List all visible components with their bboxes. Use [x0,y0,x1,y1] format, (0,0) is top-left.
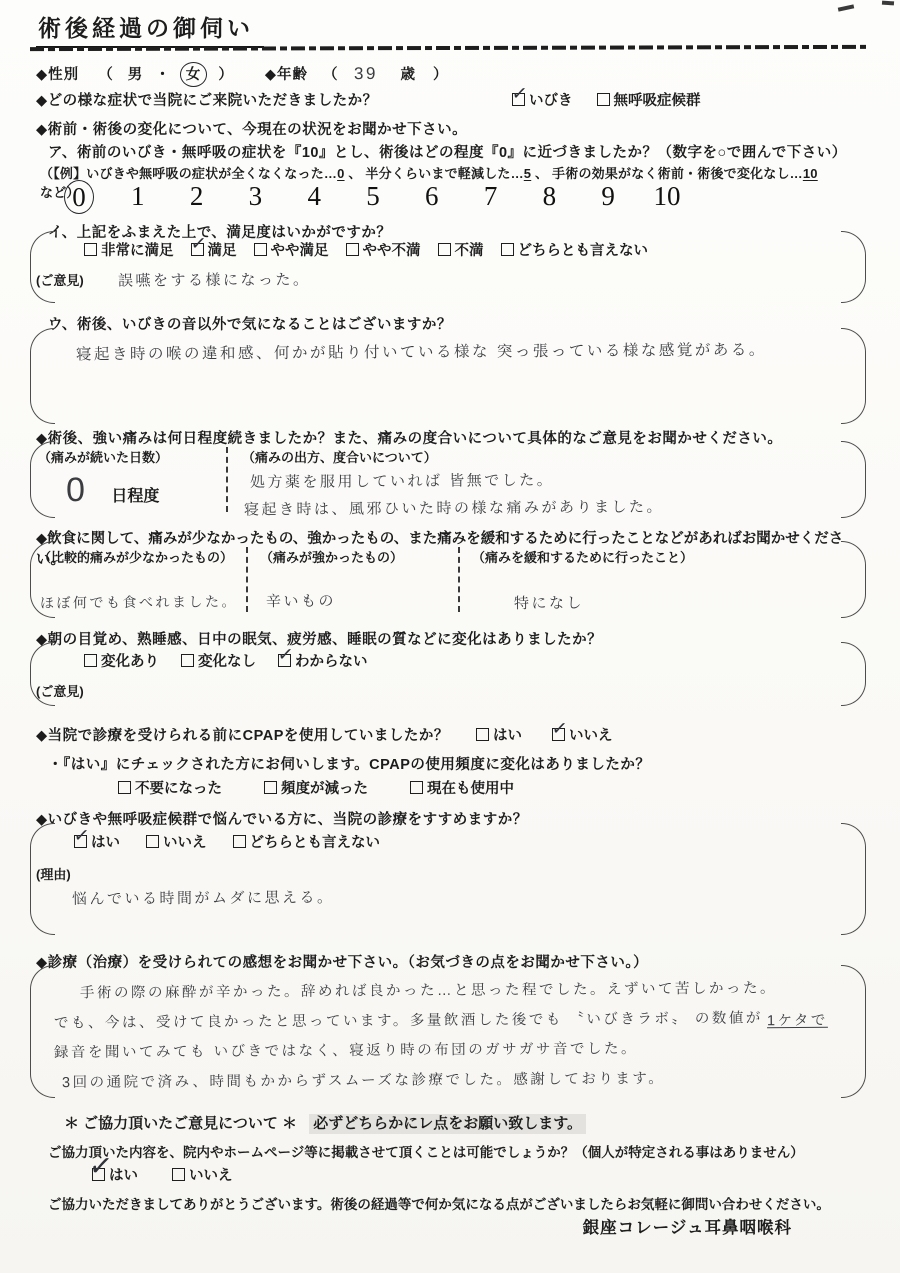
pain-detail-label: （痛みの出方、度合いについて） [242,447,834,466]
checkbox-icon[interactable]: ✓ [597,93,610,106]
checkbox-cpap-yes[interactable]: ✓はい [476,724,522,745]
checkbox-label: 頻度が減った [281,777,368,798]
checkbox-consent-no[interactable]: ✓いいえ [172,1164,233,1185]
checkbox-icon[interactable]: ✓ [512,93,525,106]
cpap-question: ◆当院で診療を受けられる前にCPAPを使用していましたか？ [36,728,449,744]
gender-separator: ・ [155,67,171,83]
checkbox-icon[interactable]: ✓ [118,781,131,794]
scale-number-2[interactable]: 2 [182,180,212,214]
checkbox-icon[interactable]: ✓ [92,1168,105,1181]
example-text: 、 手術の効果がなく術前・術後で変化なし… [531,166,803,181]
checkbox-satisfaction-4[interactable]: ✓不満 [438,239,484,260]
paren: ） [433,67,449,83]
checkbox-icon[interactable]: ✓ [410,781,423,794]
change-heading: ◆術前・術後の変化について、今現在の状況をお聞かせ下さい。 [36,118,860,139]
checkbox-cpap-no[interactable]: ✓いいえ [552,724,613,745]
eating-col2-answer-handwriting: 辛いもの [266,590,336,611]
checkbox-label: やや満足 [271,239,329,260]
checkbox-satisfaction-2[interactable]: ✓やや満足 [254,239,329,260]
checkbox-label: どちらとも言えない [250,831,381,852]
paren: （ [98,67,114,83]
checkbox-icon[interactable]: ✓ [181,654,194,667]
comment-label: (ご意見) [36,684,84,699]
check-mark-icon: ✓ [510,83,528,105]
recommend-answer-box: ✓はい ✓いいえ ✓どちらとも言えない (理由) 悩んでいる時間がムダに思える。 [30,823,866,935]
pain-days-unit: 日程度 [111,488,159,505]
gender-option-female[interactable]: 女 [180,62,208,87]
comment-label: (ご意見) [36,273,84,288]
checkbox-cpap-freq-1[interactable]: ✓頻度が減った [264,777,368,798]
checkbox-apnea[interactable]: ✓ 無呼吸症候群 [597,89,701,110]
checkbox-label: 無呼吸症候群 [614,89,701,110]
example-value-10: 10 [803,166,818,181]
checkbox-label: 不要になった [135,777,222,798]
eating-col1-label: （比較的痛みが少なかったもの） [38,547,246,566]
check-mark-icon: ✓ [72,825,90,847]
checkbox-satisfaction-0[interactable]: ✓非常に満足 [84,239,174,260]
checkbox-icon[interactable]: ✓ [84,654,97,667]
scanned-questionnaire: 術後経過の御伺い ◆性別 （ 男 ・ 女 ） ◆年齢 （ 39 歳 ） ◆どの様… [0,0,900,1273]
checkbox-label: 現在も使用中 [427,777,514,798]
symptom-question: ◆どの様な症状で当院にご来院いただきましたか？ [36,93,378,109]
checkbox-satisfaction-5[interactable]: ✓どちらとも言えない [501,239,649,260]
pain-detail-line1-handwriting: 処方薬を服用していれば 皆無でした。 [250,469,554,492]
eating-col3-label: （痛みを緩和するために行ったこと） [472,547,834,566]
checkbox-cpap-freq-0[interactable]: ✓不要になった [118,777,222,798]
check-mark-icon: ✓ [276,644,294,666]
consent-heading-highlight: 必ずどちらかにレ点をお願い致します。 [309,1114,586,1134]
checkbox-satisfaction-1[interactable]: ✓満足 [191,239,237,260]
checkbox-satisfaction-3[interactable]: ✓やや不満 [346,239,421,260]
impressions-line3-handwriting: 録音を聞いてみても いびきではなく、寝返り時の布団のガサガサ音でした。 [54,1037,638,1062]
scale-number-5[interactable]: 5 [358,180,388,214]
thanks-note: ご協力いただきましてありがとうございます。術後の経過等で何か気になる点がございま… [48,1193,860,1213]
checkbox-icon[interactable]: ✓ [191,243,204,256]
checkbox-recommend-yes[interactable]: ✓はい [74,831,120,852]
age-unit: 歳 [401,67,417,83]
checkbox-icon[interactable]: ✓ [84,243,97,256]
checkbox-icon[interactable]: ✓ [254,243,267,256]
reason-label: (理由) [36,864,834,883]
dashed-divider [30,45,866,51]
check-mark-icon: ✓ [87,1150,114,1183]
age-value: 39 [353,64,377,84]
sleep-answer-box: ✓変化あり ✓変化なし ✓わからない (ご意見) [30,642,866,706]
checkbox-sleep-1[interactable]: ✓変化なし [181,650,256,671]
eating-col-least-pain: （比較的痛みが少なかったもの） ほぼ何でも食べれました。 [38,547,246,612]
checkbox-label: 非常に満足 [101,239,174,260]
pain-detail-line2-handwriting: 寝起き時は、風邪ひいた時の様な痛みがありました。 [244,496,664,520]
checkbox-label: 変化なし [198,650,256,671]
checkbox-sleep-0[interactable]: ✓変化あり [84,650,159,671]
scale-number-8[interactable]: 8 [534,180,564,214]
checkbox-snoring[interactable]: ✓ いびき [512,89,573,110]
impressions-line4-handwriting: 3回の通院で済み、時間もかからずスムーズな診療でした。感謝しております。 [62,1067,665,1092]
example-text: 、 半分くらいまで軽減した… [345,166,524,181]
consent-heading: ＊ ご協力頂いたご意見について ＊ [64,1115,297,1132]
pain-days-label: （痛みが続いた日数） [38,447,226,466]
eating-col2-label: （痛みが強かったもの） [260,547,458,566]
pain-detail-column: （痛みの出方、度合いについて） 処方薬を服用していれば 皆無でした。 寝起き時は… [226,447,834,512]
gender-option-male[interactable]: 男 [125,63,147,84]
check-mark-icon: ✓ [189,233,207,255]
checkbox-label: 満足 [208,239,237,260]
checkbox-label: 不満 [455,239,484,260]
checkbox-label: いいえ [569,724,613,745]
example-value-0: 0 [337,166,344,181]
eating-col1-answer-handwriting: ほぼ何でも食べれました。 [40,591,238,612]
gender-label: ◆性別 [36,67,79,83]
pain-days-value-handwriting: 0 [66,471,85,510]
age-label: ◆年齢 [265,67,308,83]
scale-number-6[interactable]: 6 [417,180,447,214]
scale-number-7[interactable]: 7 [476,180,506,214]
change-sub-question: ア、術前のいびき・無呼吸の症状を『10』とし、術後はどの程度『0』に近づきました… [48,141,860,162]
checkbox-label: わからない [295,650,368,671]
scale-number-9[interactable]: 9 [593,180,623,214]
scale-number-0[interactable]: 0 [64,180,94,214]
scan-artifact [882,1,894,6]
consent-question: ご協力頂いた内容を、院内やホームページ等に掲載させて頂くことは可能でしょうか？（… [48,1141,860,1161]
form-title: 術後経過の御伺い [36,10,264,48]
impressions-line2-underlined-handwriting: 1ケタで [767,1009,828,1030]
checkbox-label: どちらとも言えない [518,239,649,260]
clinic-name: 銀座コレージュ耳鼻咽喉科 [36,1214,860,1238]
checkbox-icon[interactable]: ✓ [233,835,246,848]
pain-days-column: （痛みが続いた日数） 0 日程度 [38,447,226,512]
check-mark-icon: ✓ [550,718,568,740]
checkbox-icon[interactable]: ✓ [501,243,514,256]
checkbox-label: いびき [529,89,573,110]
checkbox-sleep-2[interactable]: ✓わからない [278,650,368,671]
eating-col3-answer-handwriting: 特になし [514,592,584,613]
recommend-reason-handwriting: 悩んでいる時間がムダに思える。 [72,886,335,909]
checkbox-label: やや不満 [363,239,421,260]
other-answer-handwriting: 寝起き時の喉の違和感、何かが貼り付いている様な 突っ張っている様な感覚がある。 [76,338,767,365]
checkbox-label: いいえ [189,1164,233,1185]
checkbox-icon[interactable]: ✓ [278,654,291,667]
checkbox-recommend-no[interactable]: ✓いいえ [146,831,207,852]
severity-scale: 0 1 2 3 4 5 6 7 8 9 10 [64,180,682,214]
scale-number-10[interactable]: 10 [652,180,682,214]
eating-answer-box: （比較的痛みが少なかったもの） ほぼ何でも食べれました。 （痛みが強かったもの）… [30,541,866,618]
checkbox-label: いいえ [163,831,207,852]
eating-col-most-pain: （痛みが強かったもの） 辛いもの [246,547,458,612]
checkbox-icon[interactable]: ✓ [172,1168,185,1181]
checkbox-icon[interactable]: ✓ [146,835,159,848]
checkbox-label: はい [91,831,120,852]
checkbox-cpap-freq-2[interactable]: ✓現在も使用中 [410,777,514,798]
checkbox-icon[interactable]: ✓ [74,835,87,848]
scale-number-1[interactable]: 1 [123,180,153,214]
checkbox-icon[interactable]: ✓ [264,781,277,794]
checkbox-label: はい [109,1164,138,1185]
impressions-line2-handwriting: でも、今は、受けて良かったと思っています。多量飲酒した後でも 〝いびきラボ〟 の… [54,1007,763,1033]
checkbox-label: はい [493,724,522,745]
example-text: （【例】いびきや無呼吸の症状が全くなくなった… [40,166,337,181]
eating-col-relief: （痛みを緩和するために行ったこと） 特になし [458,547,834,612]
checkbox-recommend-neither[interactable]: ✓どちらとも言えない [233,831,381,852]
satisfaction-comment-handwriting: 誤嚥をする様になった。 [118,268,311,290]
paren: ） [218,67,234,83]
impressions-answer-box: 手術の際の麻酔が辛かった。辞めれば良かった…と思った程でした。えずいて苦しかった… [30,965,866,1098]
other-answer-box: 寝起き時の喉の違和感、何かが貼り付いている様な 突っ張っている様な感覚がある。 [30,328,866,424]
checkbox-icon[interactable]: ✓ [476,728,489,741]
cpap-followup-question: ・『はい』にチェックされた方にお伺いします。CPAPの使用頻度に変化はありました… [48,753,860,774]
checkbox-consent-yes[interactable]: ✓はい [92,1164,138,1185]
paren: （ [323,67,339,83]
scale-number-3[interactable]: 3 [240,180,270,214]
checkbox-icon[interactable]: ✓ [438,243,451,256]
pain-answer-box: （痛みが続いた日数） 0 日程度 （痛みの出方、度合いについて） 処方薬を服用し… [30,441,866,518]
checkbox-icon[interactable]: ✓ [346,243,359,256]
satisfaction-answer-box: ✓非常に満足 ✓満足 ✓やや満足 ✓やや不満 ✓不満 ✓どちらとも言えない (ご… [30,231,866,303]
checkbox-icon[interactable]: ✓ [552,728,565,741]
scale-number-4[interactable]: 4 [299,180,329,214]
checkbox-label: 変化あり [101,650,159,671]
impressions-line1-handwriting: 手術の際の麻酔が辛かった。辞めれば良かった…と思った程でした。えずいて苦しかった… [80,977,777,1003]
